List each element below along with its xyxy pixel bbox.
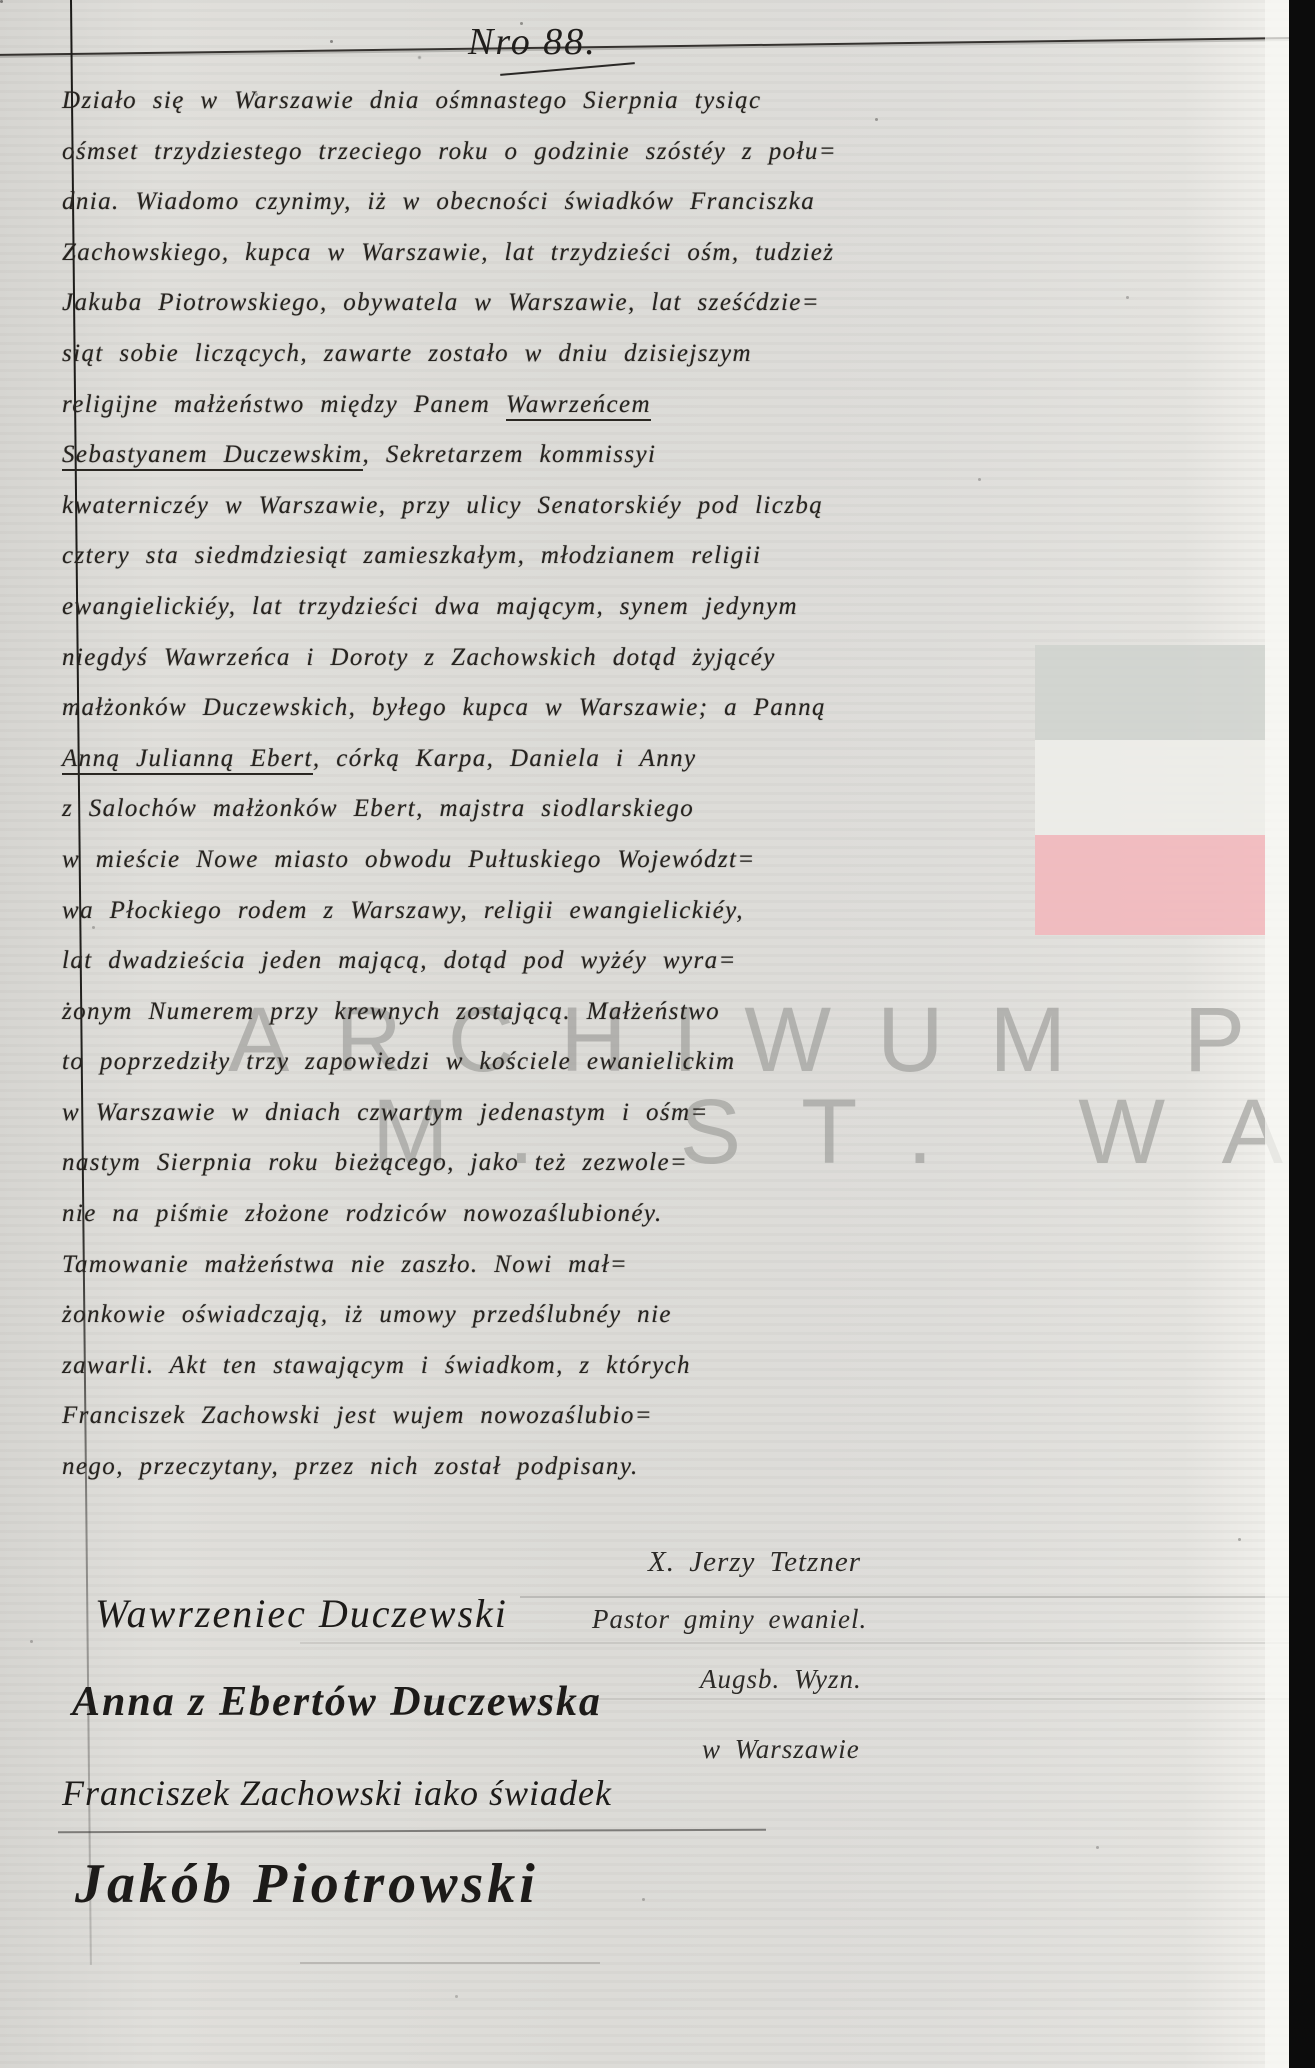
signature-underline bbox=[58, 1829, 766, 1833]
pastor-line: Pastor gminy ewaniel. bbox=[592, 1604, 867, 1635]
body-line: zawarli. Akt ten stawającym i świadkom, … bbox=[62, 1341, 972, 1392]
body-line: żonkowie oświadczają, iż umowy przedślub… bbox=[62, 1290, 972, 1341]
record-body-text: Działo się w Warszawie dnia ośmnastego S… bbox=[62, 76, 972, 1493]
body-line: Jakuba Piotrowskiego, obywatela w Warsza… bbox=[62, 278, 972, 329]
record-number-underline bbox=[500, 62, 635, 76]
body-line: wa Płockiego rodem z Warszawy, religii e… bbox=[62, 886, 972, 937]
body-line: niegdyś Wawrzeńca i Doroty z Zachowskich… bbox=[62, 633, 972, 684]
pastor-line: Augsb. Wyzn. bbox=[700, 1664, 862, 1695]
text-segment: , Sekretarzem kommissyi bbox=[363, 441, 657, 468]
underlined-name: Sebastyanem Duczewskim bbox=[62, 441, 363, 471]
signature: Anna z Ebertów Duczewska bbox=[72, 1678, 602, 1726]
body-line: nie na piśmie złożone rodziców nowozaślu… bbox=[62, 1189, 972, 1240]
body-line: Zachowskiego, kupca w Warszawie, lat trz… bbox=[62, 228, 972, 279]
archival-record-page: ARCHIWUM P M. ST. WA Nro 88. Działo się … bbox=[0, 0, 1315, 2068]
body-line: to poprzedziły trzy zapowiedzi w kościel… bbox=[62, 1037, 972, 1088]
body-line: Działo się w Warszawie dnia ośmnastego S… bbox=[62, 76, 972, 127]
body-line: w Warszawie w dniach czwartym jedenastym… bbox=[62, 1088, 972, 1139]
body-line: nastym Sierpnia roku bieżącego, jako też… bbox=[62, 1138, 972, 1189]
watermark-pink-block bbox=[1035, 835, 1265, 935]
body-line: ośmset trzydziestego trzeciego roku o go… bbox=[62, 127, 972, 178]
body-line: ewangielickiéy, lat trzydzieści dwa mają… bbox=[62, 582, 972, 633]
text-segment: religijne małżeństwo między Panem bbox=[62, 391, 506, 418]
underlined-name: Wawrzeńcem bbox=[506, 391, 651, 421]
underlined-name: Anną Julianną Ebert bbox=[62, 745, 313, 775]
body-line: żonym Numerem przy krewnych zostającą. M… bbox=[62, 987, 972, 1038]
body-line: nego, przeczytany, przez nich został pod… bbox=[62, 1442, 972, 1493]
body-line: lat dwadzieścia jeden mającą, dotąd pod … bbox=[62, 936, 972, 987]
scan-paper-edge bbox=[1265, 0, 1289, 2068]
body-line: cztery sta siedmdziesiąt zamieszkałym, m… bbox=[62, 531, 972, 582]
body-line: kwaterniczéy w Warszawie, przy ulicy Sen… bbox=[62, 481, 972, 532]
signature: Jakób Piotrowski bbox=[75, 1852, 539, 1916]
watermark-gray-block bbox=[1035, 645, 1265, 740]
watermark-light-block bbox=[1035, 740, 1265, 835]
body-line: siąt sobie liczących, zawarte zostało w … bbox=[62, 329, 972, 380]
body-line: małżonków Duczewskich, byłego kupca w Wa… bbox=[62, 683, 972, 734]
body-line: Anną Julianną Ebert, córką Karpa, Daniel… bbox=[62, 734, 972, 785]
body-line: w mieście Nowe miasto obwodu Pułtuskiego… bbox=[62, 835, 972, 886]
body-line: dnia. Wiadomo czynimy, iż w obecności św… bbox=[62, 177, 972, 228]
body-line: Franciszek Zachowski jest wujem nowozaśl… bbox=[62, 1391, 972, 1442]
body-line: religijne małżeństwo między Panem Wawrze… bbox=[62, 380, 972, 431]
text-segment: , córką Karpa, Daniela i Anny bbox=[313, 745, 697, 772]
pastor-line: X. Jerzy Tetzner bbox=[648, 1546, 861, 1579]
body-line: Sebastyanem Duczewskim, Sekretarzem komm… bbox=[62, 430, 972, 481]
record-number: Nro 88. bbox=[468, 20, 597, 64]
scan-black-edge bbox=[1289, 0, 1315, 2068]
faint-rule bbox=[300, 1962, 600, 1964]
faint-rule bbox=[300, 1642, 1290, 1644]
top-ruled-line bbox=[0, 37, 1315, 56]
pastor-line: w Warszawie bbox=[702, 1734, 860, 1765]
signature: Wawrzeniec Duczewski bbox=[95, 1590, 508, 1637]
body-line: z Salochów małżonków Ebert, majstra siod… bbox=[62, 784, 972, 835]
signature: Franciszek Zachowski iako świadek bbox=[62, 1772, 612, 1814]
faint-rule bbox=[520, 1596, 1290, 1598]
paper-specks bbox=[0, 0, 3, 3]
body-line: Tamowanie małżeństwa nie zaszło. Nowi ma… bbox=[62, 1240, 972, 1291]
